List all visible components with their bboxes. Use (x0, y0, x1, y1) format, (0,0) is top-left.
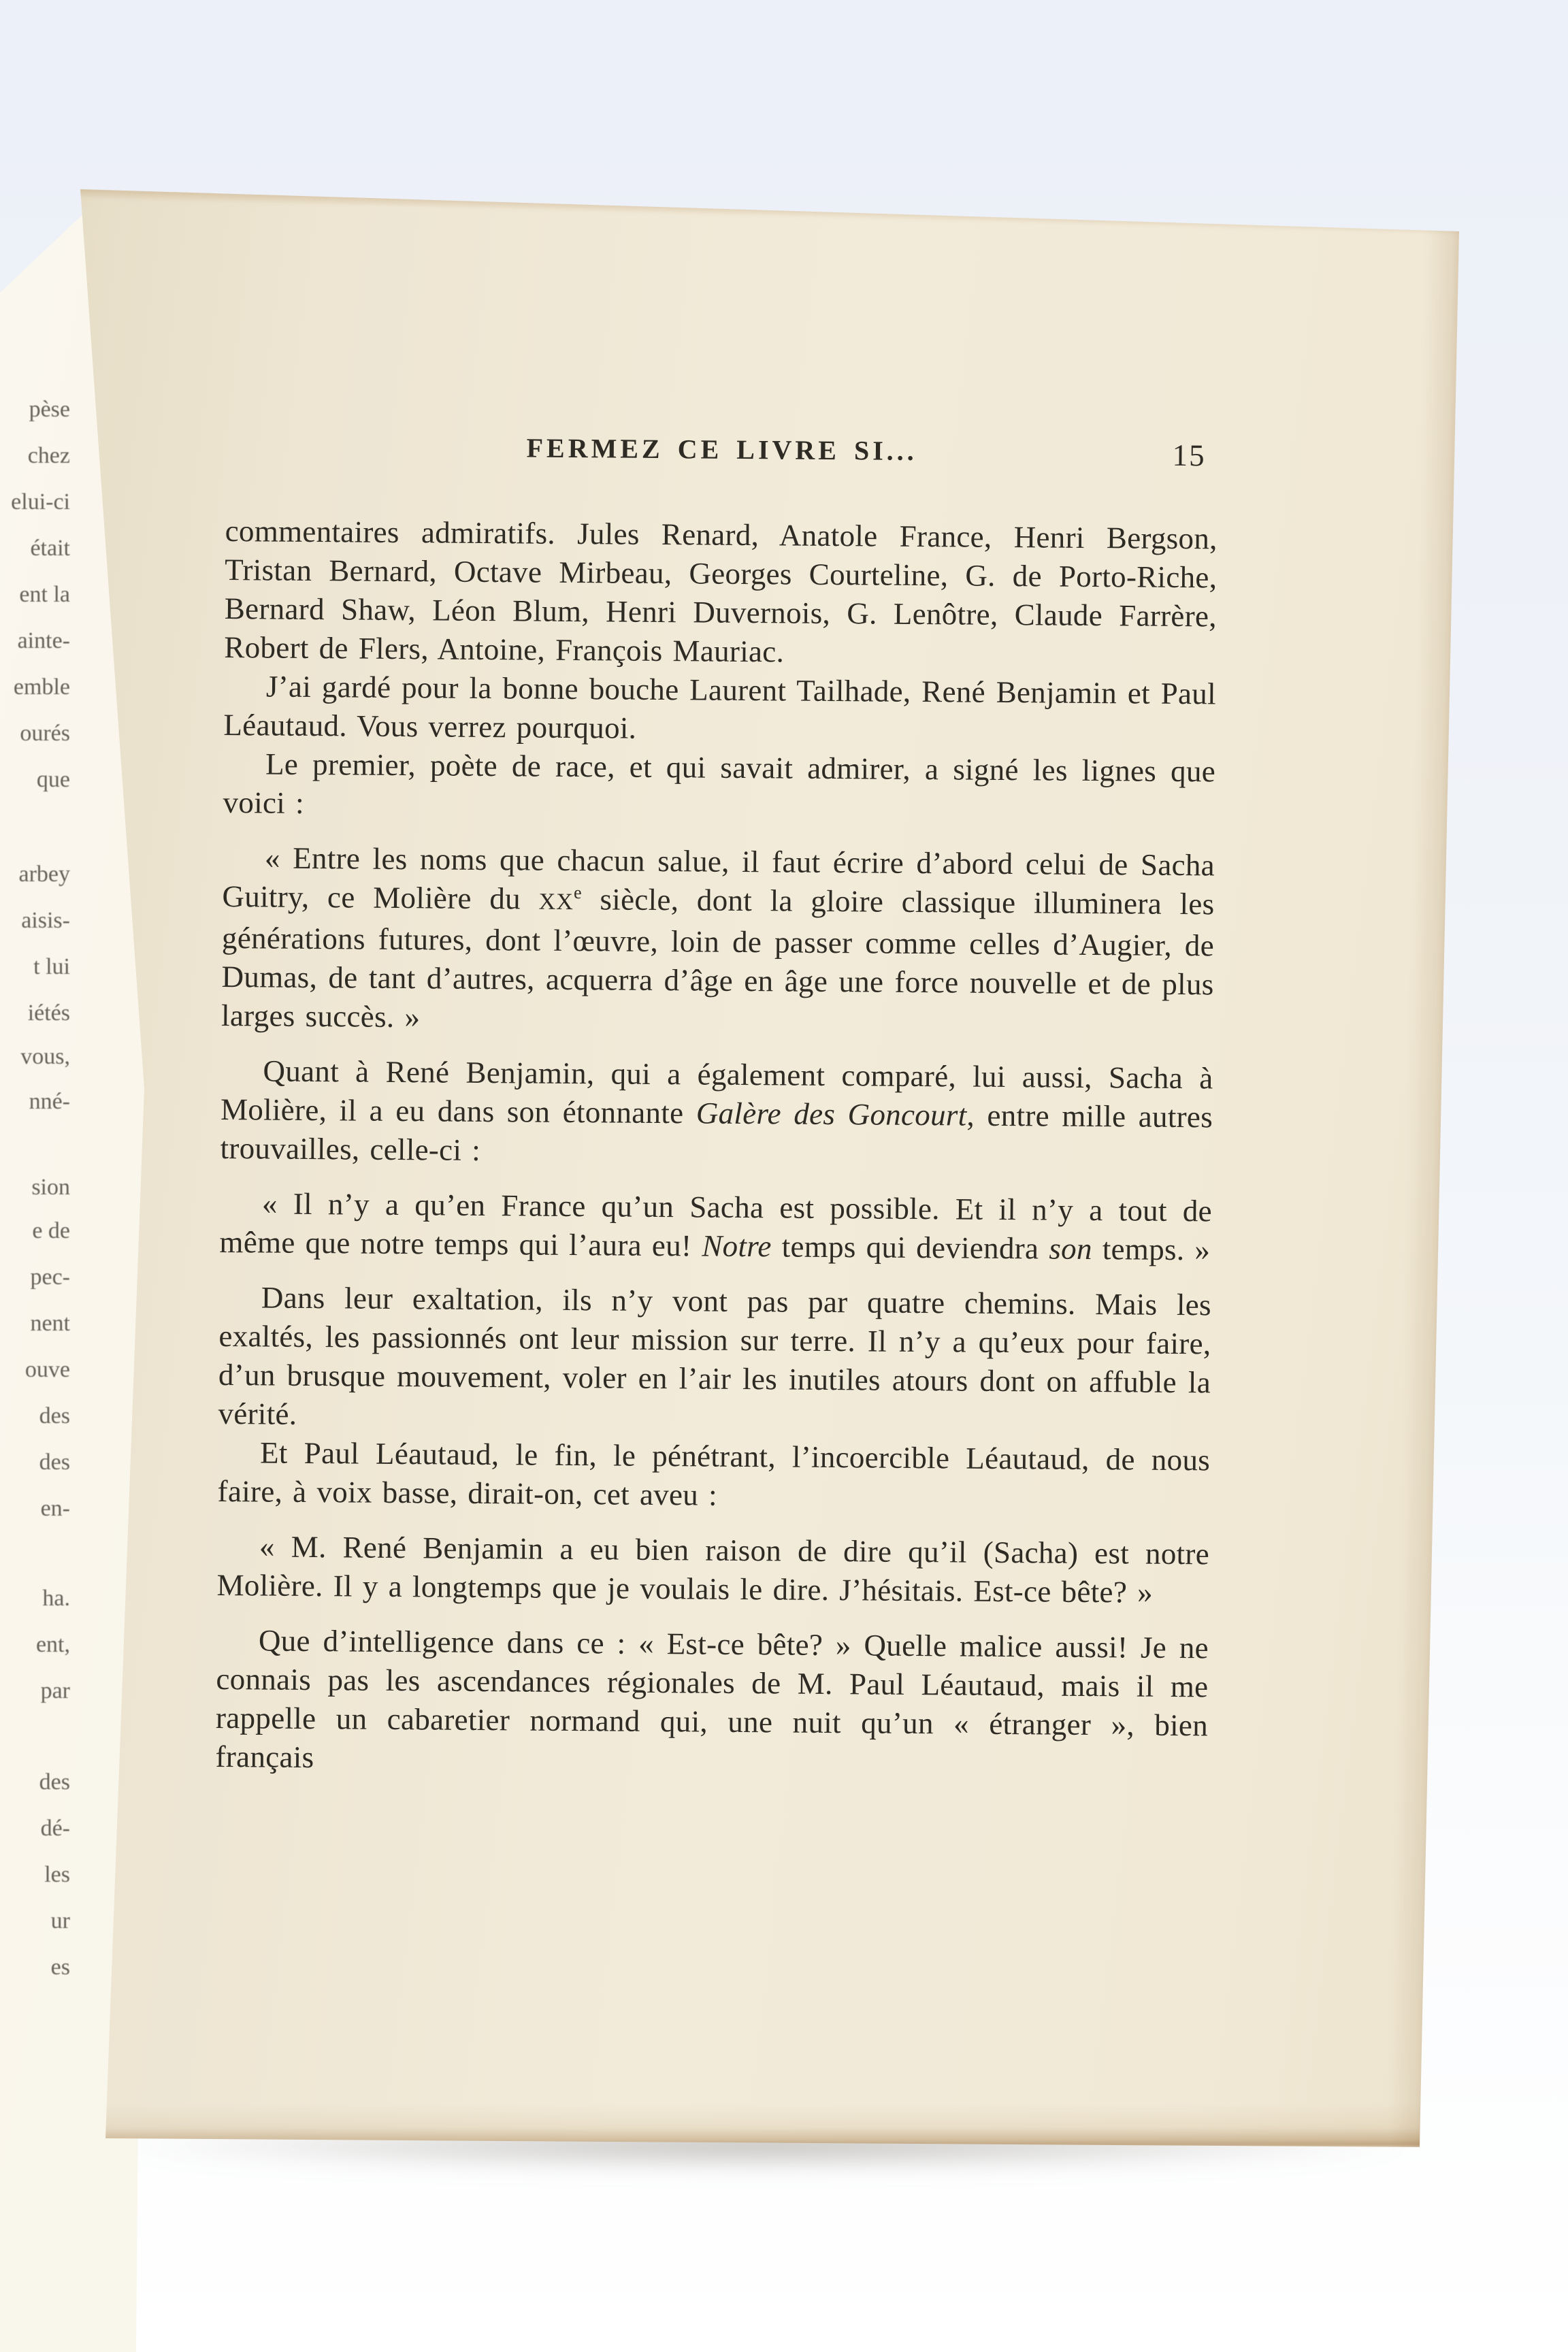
book-title-italic: Galère des Goncourt (696, 1096, 967, 1132)
facing-page-text-fragment: ur (51, 1908, 70, 1934)
quote-3: « M. René Benjamin a eu bien raison de d… (216, 1527, 1209, 1612)
page-text-block: FERMEZ CE LIVRE SI... 15 commentaires ad… (215, 422, 1218, 1784)
paragraph-2: J’ai gardé pour la bonne bouche Laurent … (223, 667, 1216, 752)
facing-page-text-fragment: t lui (33, 954, 70, 980)
facing-page-text-fragment: les (44, 1862, 70, 1888)
facing-page-text-fragment: que (37, 767, 70, 793)
facing-page-text-fragment: emble (14, 674, 70, 700)
facing-page-text-fragment: nent (30, 1311, 70, 1337)
facing-page-text-fragment: nné- (29, 1089, 70, 1115)
facing-page-text-fragment: par (41, 1678, 70, 1704)
facing-page-text-fragment: ouve (25, 1357, 70, 1383)
facing-page-text-fragment: ourés (20, 721, 70, 747)
quote-2-italic-son: son (1049, 1232, 1092, 1266)
book-photo: pèsechezelui-ciétaitent laainte-embleour… (0, 0, 1568, 2352)
running-header-title: FERMEZ CE LIVRE SI... (526, 428, 917, 470)
facing-page-text-fragment: des (39, 1450, 70, 1475)
page-top-deckle-edge (75, 188, 1463, 235)
facing-page-text-fragment: e de (32, 1218, 70, 1244)
facing-page-text-fragment: des (39, 1769, 70, 1795)
facing-page-text-fragment: aisis- (21, 908, 70, 934)
roman-numeral-xx: xx (538, 889, 574, 915)
facing-page-text-fragment: dé- (41, 1816, 70, 1842)
paragraph-4: Quant à René Benjamin, qui a également c… (220, 1051, 1213, 1175)
facing-page-text-fragment: pec- (30, 1264, 70, 1290)
facing-page-text-fragment: ent la (19, 582, 70, 608)
facing-page-text-fragment: en- (41, 1496, 70, 1522)
facing-page-text-fragment: ha. (42, 1586, 70, 1612)
paragraph-5: Dans leur exaltation, ils n’y vont pas p… (218, 1278, 1211, 1441)
facing-page-fragments: pèsechezelui-ciétaitent laainte-embleour… (0, 0, 73, 2352)
paragraph-7: Que d’intelligence dans ce : « Est-ce bê… (215, 1621, 1209, 1784)
facing-page-text-fragment: ent, (36, 1632, 70, 1658)
facing-page-text-fragment: chez (28, 443, 70, 469)
book-page: FERMEZ CE LIVRE SI... 15 commentaires ad… (0, 0, 1568, 2352)
page-right-deckle-edge (1362, 217, 1462, 2151)
quote-2-text-b: temps qui deviendra (771, 1229, 1049, 1265)
facing-page-text-fragment: des (39, 1403, 70, 1429)
paragraph-1: commentaires admiratifs. Jules Renard, A… (224, 512, 1218, 674)
facing-page-text-fragment: iétés (28, 1000, 70, 1026)
quote-2: « Il n’y a qu’en France qu’un Sacha est … (219, 1184, 1212, 1269)
facing-page-text-fragment: ainte- (18, 628, 70, 654)
paragraph-3: Le premier, poète de race, et qui savait… (223, 745, 1215, 830)
quote-2-text-c: temps. » (1092, 1232, 1211, 1267)
facing-page-text-fragment: était (30, 536, 70, 561)
facing-page-text-fragment: sion (31, 1175, 70, 1200)
facing-page-text-fragment: elui-ci (11, 489, 70, 515)
paragraph-6: Et Paul Léautaud, le fin, le pénétrant, … (217, 1433, 1210, 1518)
facing-page-text-fragment: pèse (29, 397, 70, 423)
facing-page-text-fragment: arbey (18, 862, 70, 887)
page-number: 15 (1172, 436, 1205, 475)
superscript-e: e (574, 883, 582, 902)
facing-page-text-fragment: es (51, 1955, 70, 1980)
quote-1: « Entre les noms que chacun salue, il fa… (221, 838, 1215, 1043)
running-head: FERMEZ CE LIVRE SI... 15 (225, 422, 1218, 519)
facing-page-text-fragment: vous, (20, 1044, 70, 1070)
quote-2-italic-notre: Notre (702, 1229, 772, 1264)
